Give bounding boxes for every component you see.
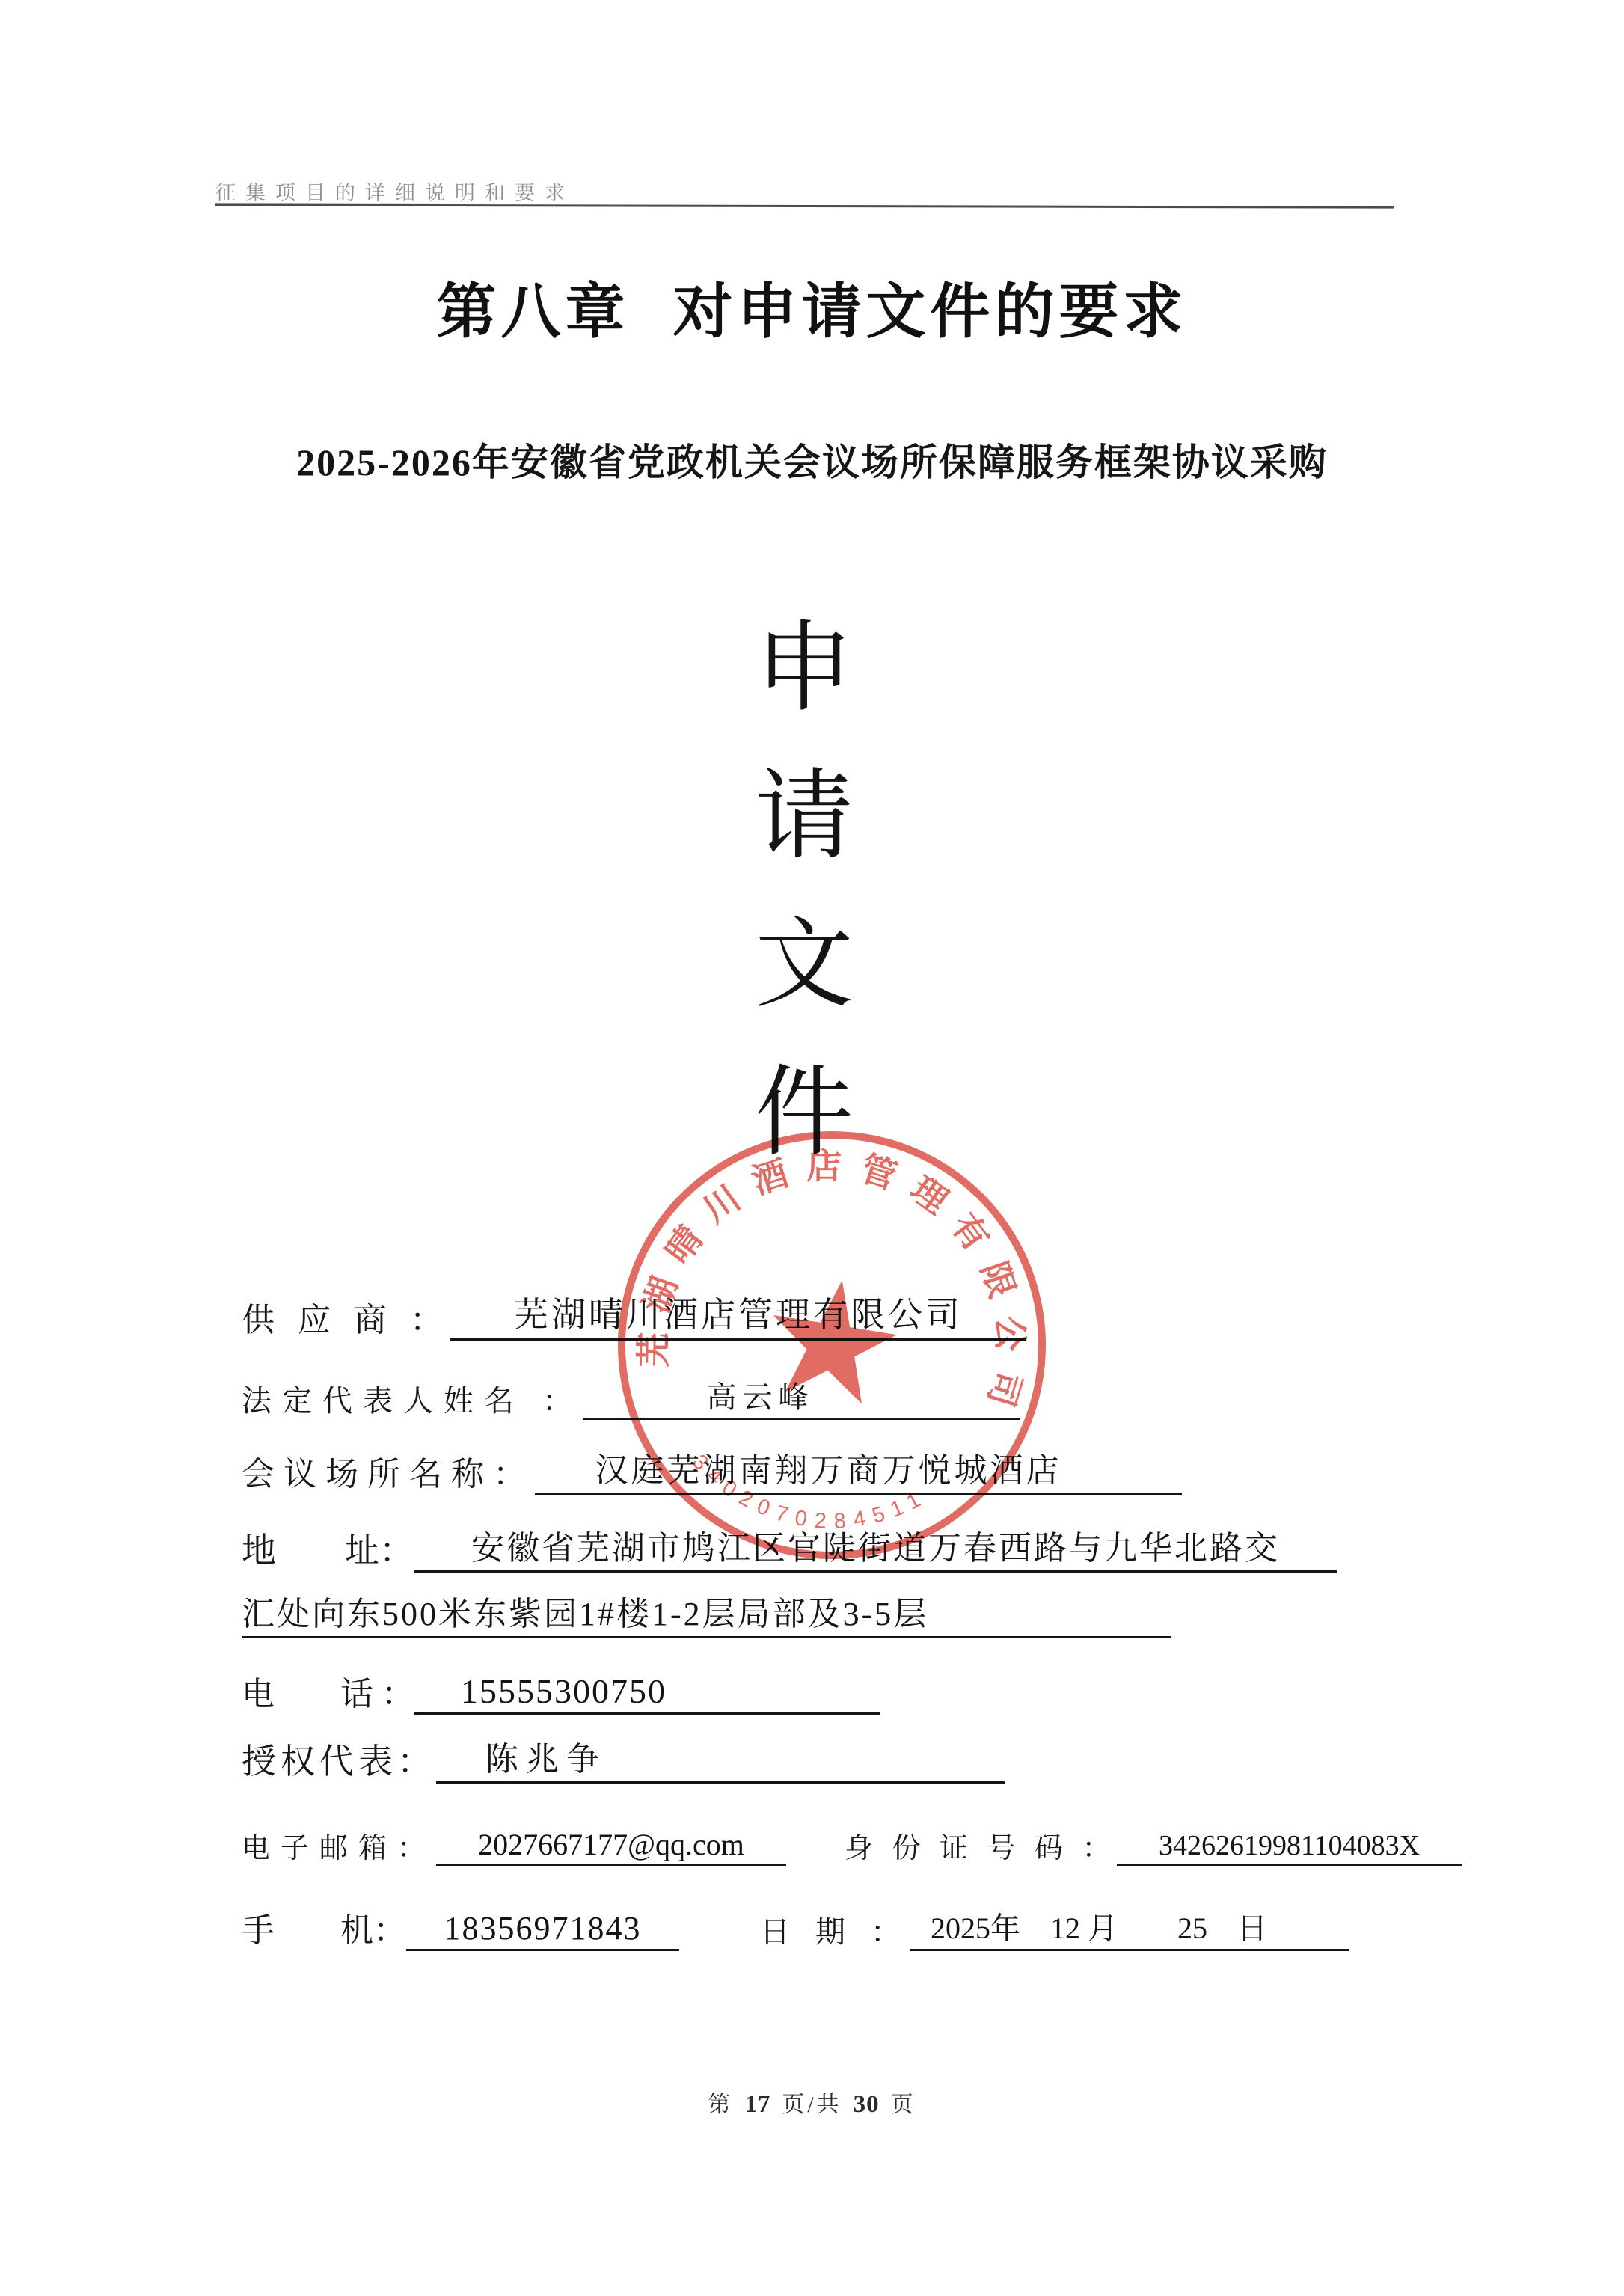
email-value: 2027667177@qq.com <box>436 1818 786 1866</box>
mobile-date-row: 手 机： 18356971843 日 期 ： 2025年 12 月 25 日 <box>242 1899 1349 1951</box>
page-footer: 第 17 页/共 30 页 <box>0 2086 1624 2119</box>
header-rule <box>215 203 1394 208</box>
auth-rep-value: 陈兆争 <box>436 1731 1005 1784</box>
id-number-value: 34262619981104083X <box>1117 1818 1462 1866</box>
footer-total-pages: 30 <box>854 2091 880 2119</box>
legal-rep-value: 高云峰 <box>583 1369 1020 1420</box>
footer-prefix: 第 <box>708 2086 733 2119</box>
phone-value: 15555300750 <box>414 1664 880 1715</box>
legal-rep-label: 法定代表人姓名 ： <box>242 1377 583 1420</box>
venue-value: 汉庭芜湖南翔万商万悦城酒店 <box>535 1442 1182 1495</box>
address-value-line1: 安徽省芜湖市鸠江区官陡街道万春西路与九华北路交 <box>414 1517 1337 1573</box>
date-value: 2025年 12 月 25 日 <box>910 1900 1349 1951</box>
company-seal: 芜湖晴川酒店管理有限公司 3402070284511 <box>607 1121 1056 1570</box>
doc-title-char-2: 请 <box>750 765 858 877</box>
address-value-line2: 汇处向东500米东紫园1#楼1-2层局部及3-5层 <box>242 1586 1171 1638</box>
supplier-value: 芜湖晴川酒店管理有限公司 <box>450 1282 1026 1341</box>
mobile-value: 18356971843 <box>406 1900 679 1951</box>
chapter-name: 对申请文件的要求 <box>673 263 1188 349</box>
supplier-row: 供 应 商 ： 芜湖晴川酒店管理有限公司 <box>242 1281 1026 1341</box>
footer-current-page: 17 <box>744 2091 770 2119</box>
doc-title-char-1: 申 <box>750 616 858 729</box>
chapter-heading: 第八章 对申请文件的要求 <box>0 263 1624 349</box>
footer-middle: 页/共 <box>782 2086 842 2119</box>
date-label: 日 期 ： <box>760 1908 910 1951</box>
seal-ring <box>607 1121 1056 1570</box>
document-page: 征集项目的详细说明和要求 第八章 对申请文件的要求 2025-2026年安徽省党… <box>0 0 1624 2296</box>
venue-label: 会议场所名称： <box>242 1447 535 1495</box>
doc-title-char-3: 文 <box>750 913 858 1025</box>
address-label: 地 址： <box>242 1523 414 1573</box>
email-label: 电子邮箱： <box>242 1825 436 1866</box>
project-subtitle: 2025-2026年安徽省党政机关会议场所保障服务框架协议采购 <box>0 432 1624 486</box>
running-header: 征集项目的详细说明和要求 <box>215 177 574 206</box>
venue-row: 会议场所名称： 汉庭芜湖南翔万商万悦城酒店 <box>242 1441 1182 1495</box>
phone-row: 电 话 ： 15555300750 <box>242 1662 880 1715</box>
id-number-label: 身 份 证 号 码 ： <box>845 1825 1117 1866</box>
address-row-line1: 地 址： 安徽省芜湖市鸠江区官陡街道万春西路与九华北路交 <box>242 1516 1337 1573</box>
auth-rep-row: 授权代表： 陈兆争 <box>242 1730 1005 1784</box>
auth-rep-label: 授权代表： <box>242 1734 436 1784</box>
address-row-line2: 汇处向东500米东紫园1#楼1-2层局部及3-5层 <box>242 1585 1171 1638</box>
email-id-row: 电子邮箱： 2027667177@qq.com 身 份 证 号 码 ： 3426… <box>242 1816 1462 1866</box>
phone-label: 电 话 ： <box>242 1667 414 1715</box>
chapter-number: 第八章 <box>437 263 630 349</box>
doc-title-char-4: 件 <box>750 1061 858 1173</box>
footer-suffix: 页 <box>891 2086 916 2119</box>
supplier-label: 供 应 商 ： <box>242 1293 450 1341</box>
mobile-label: 手 机： <box>242 1903 406 1951</box>
legal-rep-row: 法定代表人姓名 ： 高云峰 <box>242 1368 1020 1420</box>
